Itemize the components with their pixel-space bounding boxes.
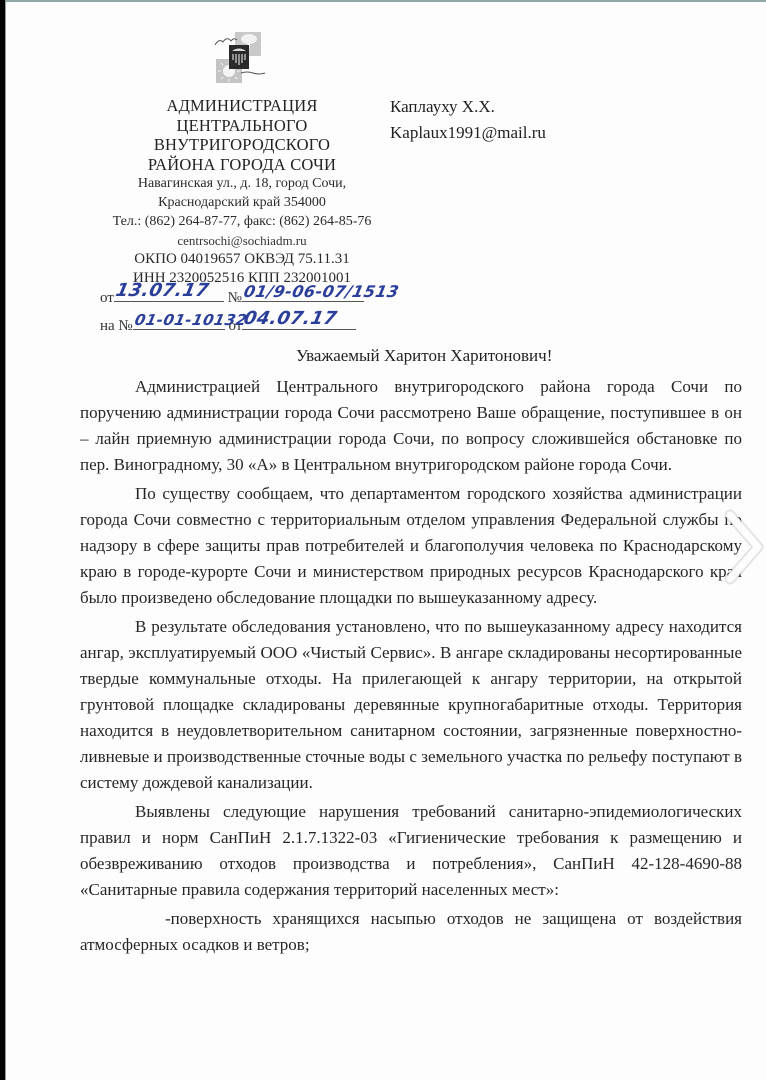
reply-registration-line: на №01-01-10132 от04.07.17 [100,312,356,335]
org-phone-fax: Тел.: (862) 264-87-77, факс: (862) 264-8… [92,212,392,231]
chevron-right-icon[interactable] [718,507,766,587]
reply-number-field: 01-01-10132 [133,312,225,330]
sender-letterhead: АДМИНИСТРАЦИЯ ЦЕНТРАЛЬНОГО ВНУТРИГОРОДСК… [92,96,392,288]
outgoing-registration-line: от13.07.17 №01/9-06-07/1513 [100,284,364,307]
paragraph-2: По существу сообщаем, что департаментом … [80,481,742,611]
reply-number-handwritten: 01-01-10132 [133,311,249,329]
recipient-name: Каплауху Х.Х. [390,94,546,120]
date-label: от [100,290,114,307]
org-address-line-2: Краснодарский край 354000 [92,193,392,212]
date-handwritten: 13.07.17 [114,280,211,301]
number-label: № [228,290,242,307]
date-field: 13.07.17 [114,284,224,302]
letter-body: Администрацией Центрального внутригородс… [80,374,742,961]
reply-number-label: на № [100,318,133,335]
salutation: Уважаемый Харитон Харитонович! [6,346,766,366]
paragraph-4: Выявлены следующие нарушения требований … [80,799,742,903]
number-field: 01/9-06-07/1513 [242,284,364,302]
violation-list-item-1: -поверхность хранящихся насыпью отходов … [80,906,742,958]
org-name-line-2: ЦЕНТРАЛЬНОГО [92,116,392,136]
reply-date-handwritten: 04.07.17 [242,308,339,329]
org-name-line-4: РАЙОНА ГОРОДА СОЧИ [92,155,392,175]
paragraph-1: Администрацией Центрального внутригородс… [80,374,742,478]
org-email: centrsochi@sochiadm.ru [92,231,392,250]
recipient-email: Kaplaux1991@mail.ru [390,120,546,146]
org-name-line-3: ВНУТРИГОРОДСКОГО [92,135,392,155]
document-page: АДМИНИСТРАЦИЯ ЦЕНТРАЛЬНОГО ВНУТРИГОРОДСК… [6,2,766,1080]
paragraph-3: В результате обследования установлено, ч… [80,614,742,796]
sochi-coat-of-arms-icon [211,29,269,87]
org-okpo-okved: ОКПО 04019657 ОКВЭД 75.11.31 [92,250,392,269]
org-address-line-1: Навагинская ул., д. 18, город Сочи, [92,174,392,193]
org-name-line-1: АДМИНИСТРАЦИЯ [92,96,392,116]
reply-date-field: 04.07.17 [242,312,356,330]
recipient-block: Каплауху Х.Х. Kaplaux1991@mail.ru [390,94,546,146]
number-handwritten: 01/9-06-07/1513 [242,282,401,301]
